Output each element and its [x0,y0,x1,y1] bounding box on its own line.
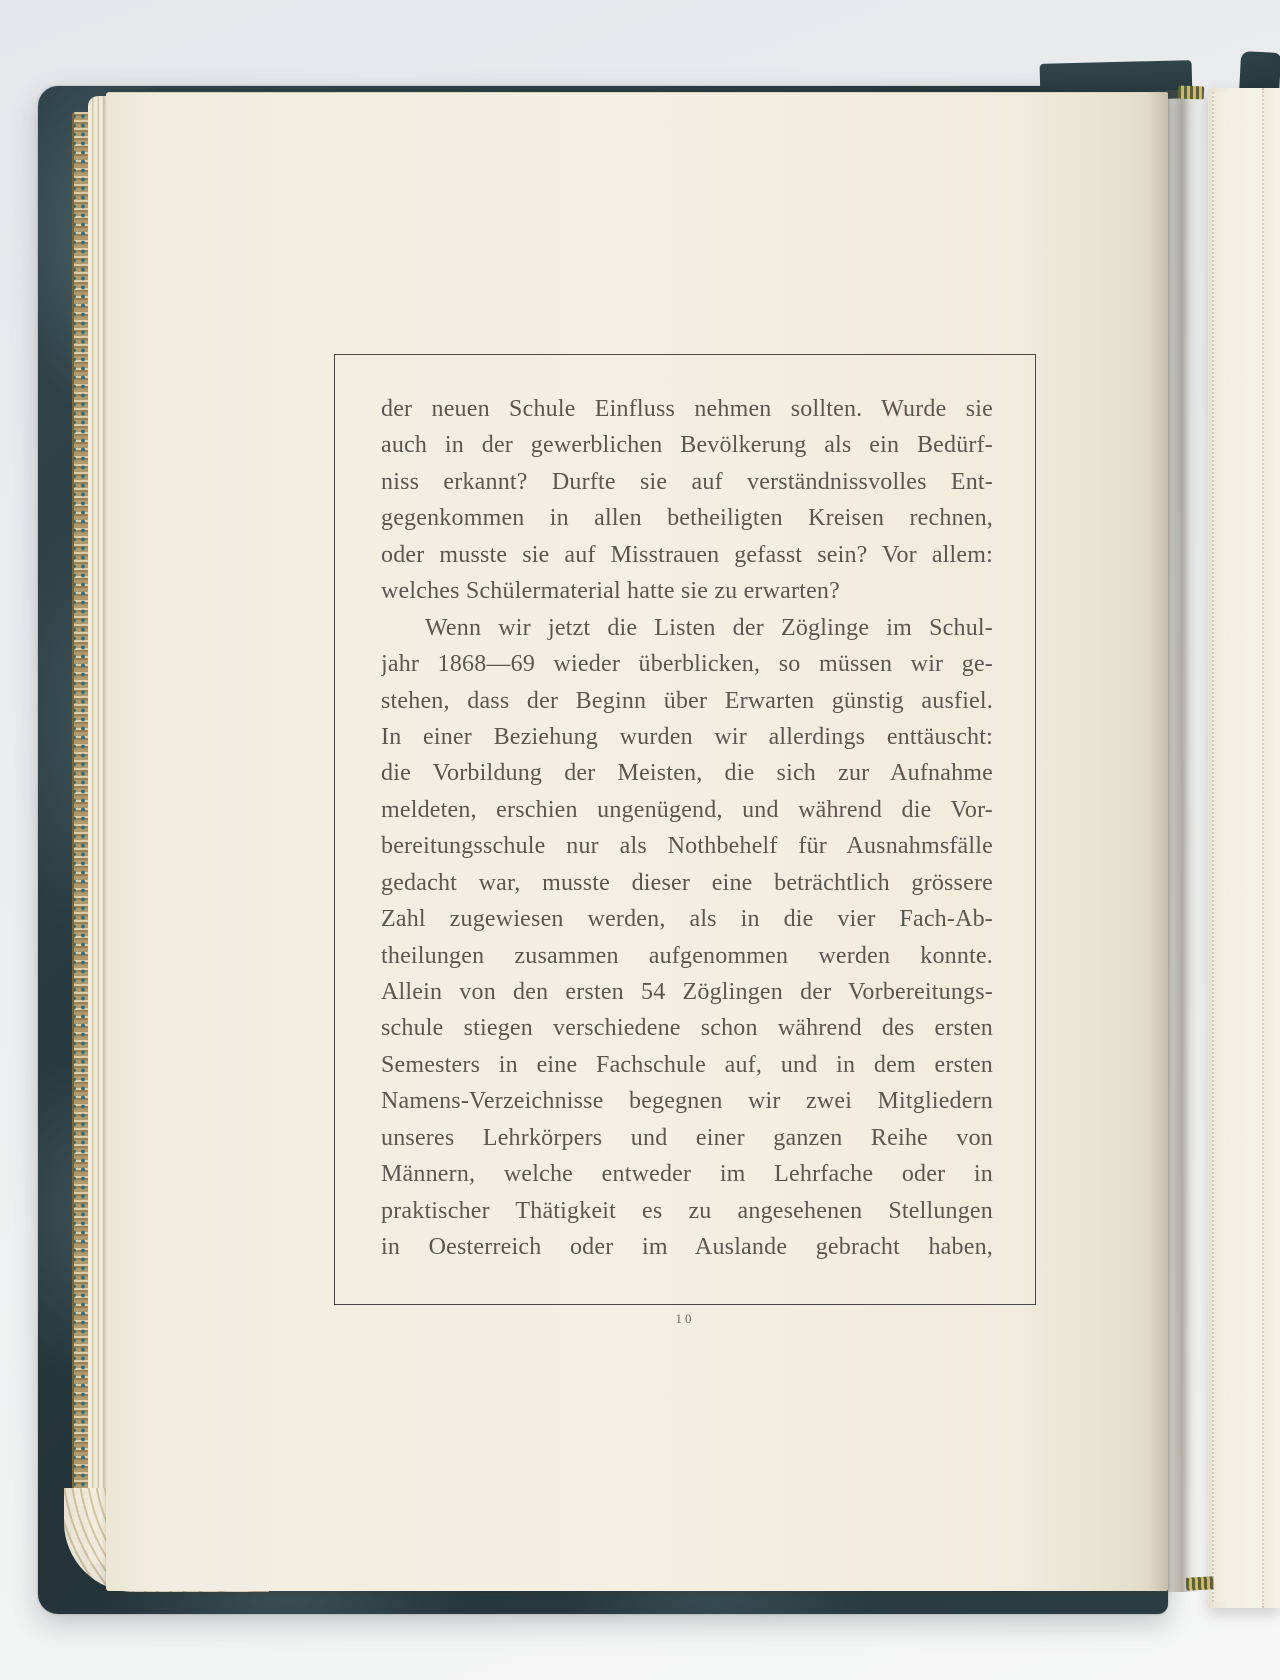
text-line: welches Schülermaterial hatte sie zu erw… [381,573,993,609]
binding-seam [1262,88,1276,1608]
text-line: theilungen zusammen aufgenommen werden k… [381,938,993,974]
text-line: Namens-Verzeichnisse begegnen wir zwei M… [381,1083,993,1119]
page-number: 10 [334,1311,1036,1327]
text-line: in Oesterreich oder im Auslande gebracht… [381,1229,993,1265]
gutter-shadow [1148,90,1214,1592]
text-line: stehen, dass der Beginn über Erwarten gü… [381,683,993,719]
text-line: die Vorbildung der Meisten, die sich zur… [381,755,993,791]
text-line: Zahl zugewiesen werden, als in die vier … [381,901,993,937]
text-line: jahr 1868—69 wieder überblicken, so müss… [381,646,993,682]
text-line: In einer Beziehung wurden wir allerdings… [381,719,993,755]
text-line: der neuen Schule Einfluss nehmen sollten… [381,391,993,427]
page-text: der neuen Schule Einfluss nehmen sollten… [335,355,1035,1266]
text-line: Männern, welche entweder im Lehrfache od… [381,1156,993,1192]
text-line: auch in der gewerblichen Bevölkerung als… [381,427,993,463]
text-line: Semesters in eine Fachschule auf, und in… [381,1047,993,1083]
tailband-stripes [1186,1576,1215,1590]
text-line: gedacht war, musste dieser eine beträcht… [381,865,993,901]
text-line: praktischer Thätigkeit es zu angesehenen… [381,1193,993,1229]
text-line: meldeten, erschien ungenügend, und währe… [381,792,993,828]
headband-stripes [1178,86,1204,100]
binding-seam [1212,92,1226,1602]
text-line: oder musste sie auf Misstrauen gefasst s… [381,537,993,573]
text-line: Allein von den ersten 54 Zöglingen der V… [381,974,993,1010]
book-photo: der neuen Schule Einfluss nehmen sollten… [0,0,1280,1680]
text-line: unseres Lehrkörpers und einer ganzen Rei… [381,1120,993,1156]
text-frame-border: der neuen Schule Einfluss nehmen sollten… [334,354,1036,1305]
text-line: bereitungsschule nur als Nothbehelf für … [381,828,993,864]
text-line: schule stiegen verschiedene schon währen… [381,1010,993,1046]
text-line: niss erkannt? Durfte sie auf verständnis… [381,464,993,500]
text-line: gegenkommen in allen betheiligten Kreise… [381,500,993,536]
text-line: Wenn wir jetzt die Listen der Zöglinge i… [381,610,993,646]
